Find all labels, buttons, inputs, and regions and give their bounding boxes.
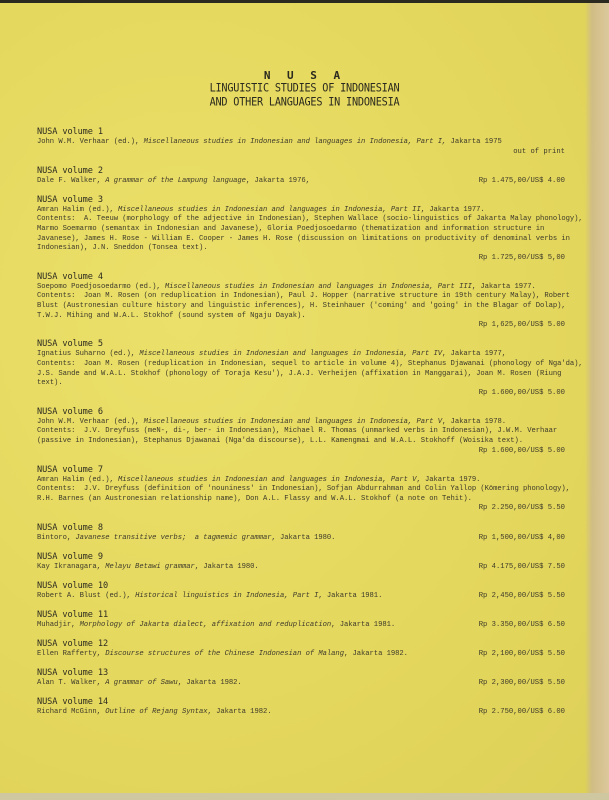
price: out of print [37, 148, 585, 158]
volume-entry: NUSA volume 9Kay Ikranagara, Melayu Beta… [37, 552, 585, 573]
volume-citation: John W.M. Verhaar (ed.), Miscellaneous s… [37, 418, 585, 447]
contents: Contents: A. Teeuw (morphology of the ad… [37, 215, 585, 253]
contents: Contents: Joan M. Rosen (reduplication i… [37, 360, 585, 389]
publication-info: , Jakarta 1980. [195, 563, 259, 571]
volume-title: NUSA volume 3 [37, 195, 585, 206]
volume-entry: NUSA volume 3Amran Halim (ed.), Miscella… [37, 195, 585, 264]
volume-title: NUSA volume 7 [37, 465, 585, 476]
author: Amran Halim (ed.), [37, 206, 118, 214]
document-header: N U S A LINGUISTIC STUDIES OF INDONESIAN… [0, 70, 609, 110]
volume-entry: NUSA volume 12Ellen Rafferty, Discourse … [37, 639, 585, 660]
volume-citation: John W.M. Verhaar (ed.), Miscellaneous s… [37, 138, 585, 148]
volume-title: NUSA volume 1 [37, 127, 585, 138]
publication-info: , Jakarta 1982. [208, 708, 272, 716]
contents: Contents: J.V. Dreyfuss (meN-, di-, ber-… [37, 427, 585, 446]
book-title: Morphology of Jakarta dialect, affixatio… [80, 621, 332, 629]
volume-title: NUSA volume 9 [37, 552, 585, 563]
volume-entry: NUSA volume 4Soepomo Poedjosoedarmo (ed.… [37, 272, 585, 331]
volume-title: NUSA volume 12 [37, 639, 585, 650]
contents: Contents: Joan M. Rosen (on reduplicatio… [37, 292, 585, 321]
price: Rp 2.250,00/US$ 5.50 [37, 504, 585, 514]
volume-entry: NUSA volume 14Richard McGinn, Outline of… [37, 697, 585, 718]
book-title: Miscellaneous studies in Indonesian and … [118, 206, 421, 214]
publication-info: , Jakarta 1980. [271, 534, 335, 542]
volume-title: NUSA volume 8 [37, 523, 585, 534]
author: Ignatius Suharno (ed.), [37, 350, 139, 358]
book-title: Miscellaneous studies in Indonesian and … [139, 350, 442, 358]
book-title: A grammar of Sawu [105, 679, 177, 687]
volume-title: NUSA volume 4 [37, 272, 585, 283]
volume-title: NUSA volume 14 [37, 697, 585, 708]
volume-entry: NUSA volume 2Dale F. Walker, A grammar o… [37, 166, 585, 187]
book-title: Historical linguistics in Indonesia, Par… [135, 592, 318, 600]
book-title: Miscellaneous studies in Indonesian and … [118, 476, 416, 484]
volume-citation: Amran Halim (ed.), Miscellaneous studies… [37, 476, 585, 505]
volume-list: NUSA volume 1John W.M. Verhaar (ed.), Mi… [37, 127, 585, 726]
author: Robert A. Blust (ed.), [37, 592, 135, 600]
publication-info: , Jakarta 1977. [472, 283, 536, 291]
volume-citation: Amran Halim (ed.), Miscellaneous studies… [37, 206, 585, 254]
book-title: Javanese transitive verbs; a tagmemic gr… [75, 534, 271, 542]
publication-info: , Jakarta 1977, [442, 350, 506, 358]
volume-entry: NUSA volume 11Muhadjir, Morphology of Ja… [37, 610, 585, 631]
price: Rp 3.350,00/US$ 6.50 [479, 621, 585, 631]
price: Rp 2,450,00/US$ 5.50 [479, 592, 585, 602]
publication-info: , Jakarta 1979. [416, 476, 480, 484]
price: Rp 2,100,00/US$ 5.50 [479, 650, 585, 660]
series-subtitle-line2: AND OTHER LANGUAGES IN INDONESIA [0, 95, 609, 111]
author: John W.M. Verhaar (ed.), [37, 138, 144, 146]
price: Rp 2,300,00/US$ 5.50 [479, 679, 585, 689]
publication-info: , Jakarta 1981. [331, 621, 395, 629]
volume-citation: Ignatius Suharno (ed.), Miscellaneous st… [37, 350, 585, 388]
author: Muhadjir, [37, 621, 80, 629]
book-title: Discourse structures of the Chinese Indo… [105, 650, 344, 658]
author: Ellen Rafferty, [37, 650, 105, 658]
price: Rp 1.600,00/US$ 5.00 [37, 447, 585, 457]
volume-entry: NUSA volume 1John W.M. Verhaar (ed.), Mi… [37, 127, 585, 157]
author: Dale F. Walker, [37, 177, 105, 185]
publication-info: , Jakarta 1977. [421, 206, 485, 214]
volume-entry: NUSA volume 10Robert A. Blust (ed.), His… [37, 581, 585, 602]
volume-title: NUSA volume 11 [37, 610, 585, 621]
book-title: Miscellaneous studies in Indonesian and … [144, 138, 447, 146]
volume-entry: NUSA volume 8Bintoro, Javanese transitiv… [37, 523, 585, 544]
volume-title: NUSA volume 10 [37, 581, 585, 592]
volume-title: NUSA volume 13 [37, 668, 585, 679]
publication-info: , Jakarta 1982. [344, 650, 408, 658]
volume-title: NUSA volume 2 [37, 166, 585, 177]
volume-citation: Soepomo Poedjosoedarmo (ed.), Miscellane… [37, 283, 585, 321]
author: Amran Halim (ed.), [37, 476, 118, 484]
author: Kay Ikranagara, [37, 563, 105, 571]
price: Rp 2.750,00/US$ 6.00 [479, 708, 585, 718]
price: Rp 4.175,00/US$ 7.50 [479, 563, 585, 573]
volume-entry: NUSA volume 6John W.M. Verhaar (ed.), Mi… [37, 407, 585, 456]
price: Rp 1.725,00/US$ 5,00 [37, 254, 585, 264]
contents: Contents: J.V. Dreyfuss (definition of '… [37, 485, 585, 504]
volume-entry: NUSA volume 7Amran Halim (ed.), Miscella… [37, 465, 585, 514]
author: Richard McGinn, [37, 708, 105, 716]
publication-info: , Jakarta 1981. [318, 592, 382, 600]
book-title: Miscellaneous studies in Indonesian and … [165, 283, 472, 291]
publication-info: , Jakarta 1976, [246, 177, 310, 185]
author: Bintoro, [37, 534, 75, 542]
book-title: A grammar of the Lampung language [105, 177, 246, 185]
book-title: Melayu Betawi grammar [105, 563, 195, 571]
book-title: Miscellaneous studies in Indonesian and … [144, 418, 442, 426]
page-top-edge [0, 0, 609, 3]
author: Alan T. Walker, [37, 679, 105, 687]
author: Soepomo Poedjosoedarmo (ed.), [37, 283, 165, 291]
price: Rp 1,500,00/US$ 4,00 [479, 534, 585, 544]
page-bottom-edge [0, 793, 609, 800]
volume-entry: NUSA volume 13Alan T. Walker, A grammar … [37, 668, 585, 689]
price: Rp 1.475,00/US$ 4.00 [479, 177, 585, 187]
author: John W.M. Verhaar (ed.), [37, 418, 144, 426]
publication-info: Jakarta 1975 [446, 138, 501, 146]
price: Rp 1.600,00/US$ 5.00 [37, 389, 585, 399]
volume-title: NUSA volume 5 [37, 339, 585, 350]
publication-info: , Jakarta 1978. [442, 418, 506, 426]
price: Rp 1,625,00/US$ 5.00 [37, 321, 585, 331]
volume-title: NUSA volume 6 [37, 407, 585, 418]
book-title: Outline of Rejang Syntax [105, 708, 207, 716]
volume-entry: NUSA volume 5Ignatius Suharno (ed.), Mis… [37, 339, 585, 398]
publication-info: , Jakarta 1982. [178, 679, 242, 687]
